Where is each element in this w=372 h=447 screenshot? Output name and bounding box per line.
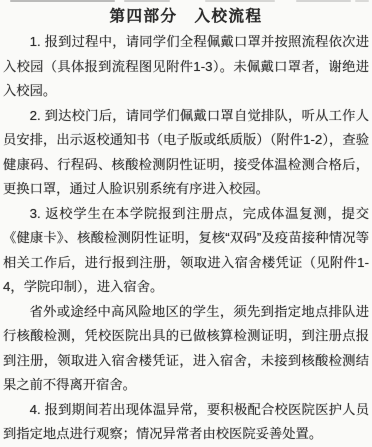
scan-edge-artifact: [124, 0, 170, 2]
scan-edge-artifact: [205, 0, 275, 2]
paragraph-entry-process: 1. 报到过程中，请同学们全程佩戴口罩并按照流程依次进入校园（具体报到流程图见附…: [3, 30, 369, 104]
scan-edge-artifact: [296, 0, 351, 2]
scan-edge-artifact: [10, 0, 115, 2]
document-page: 第四部分 入校流程 1. 报到过程中，请同学们全程佩戴口罩并按照流程依次进入校园…: [0, 0, 372, 447]
paragraph-high-risk-students: 省外或途经中高风险地区的学生，须先到指定地点排队进行核酸检测，凭校医院出具的已做…: [3, 300, 369, 398]
scan-edge-artifact: [355, 0, 369, 2]
paragraph-registration: 3. 返校学生在本学院报到注册点，完成体温复测，提交《健康卡》、核酸检测阴性证明…: [3, 202, 369, 300]
document-title: 第四部分 入校流程: [3, 6, 369, 28]
paragraph-gate-check: 2. 到达校门后，请同学们佩戴口罩自觉排队，听从工作人员安排，出示返校通知书（电…: [3, 104, 369, 202]
paragraph-abnormal-temperature: 4. 报到期间若出现体温异常，要积极配合校医院医护人员到指定地点进行观察；情况异…: [3, 398, 369, 447]
